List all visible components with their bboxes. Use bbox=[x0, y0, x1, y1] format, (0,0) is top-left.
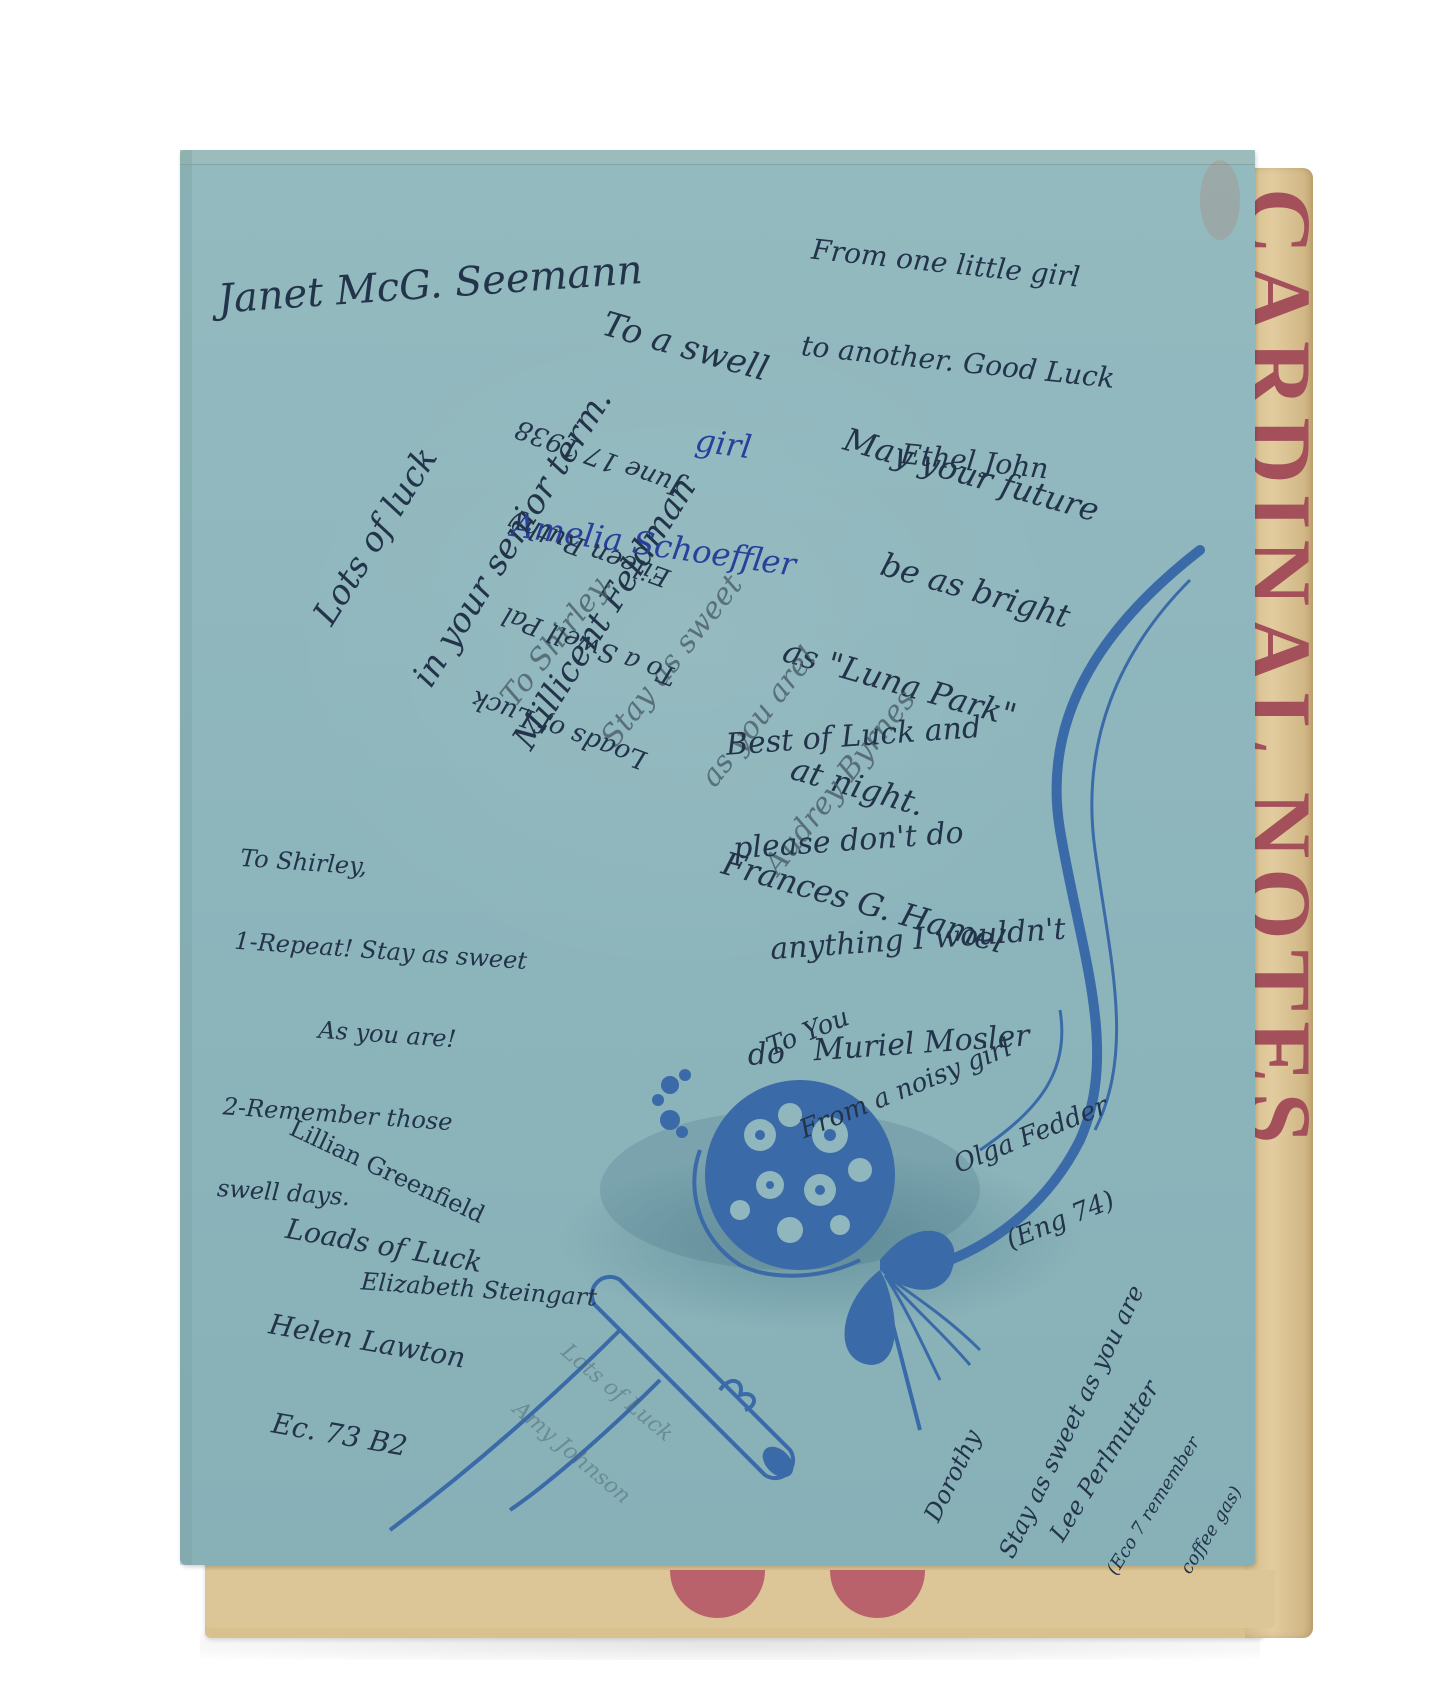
front-cover: Janet McG. Seemann Lots of luck in your … bbox=[180, 150, 1255, 1565]
cover-top-edge bbox=[180, 150, 1255, 165]
rust-stain bbox=[1200, 160, 1240, 240]
red-scallop bbox=[830, 1570, 925, 1618]
bottom-page-edge bbox=[205, 1570, 1275, 1628]
photo-stage: CARDINAL NOTES bbox=[0, 0, 1455, 1688]
red-scallop bbox=[670, 1570, 765, 1618]
cover-left-edge bbox=[180, 150, 192, 1565]
notebook-spine: CARDINAL NOTES bbox=[1245, 168, 1313, 1638]
